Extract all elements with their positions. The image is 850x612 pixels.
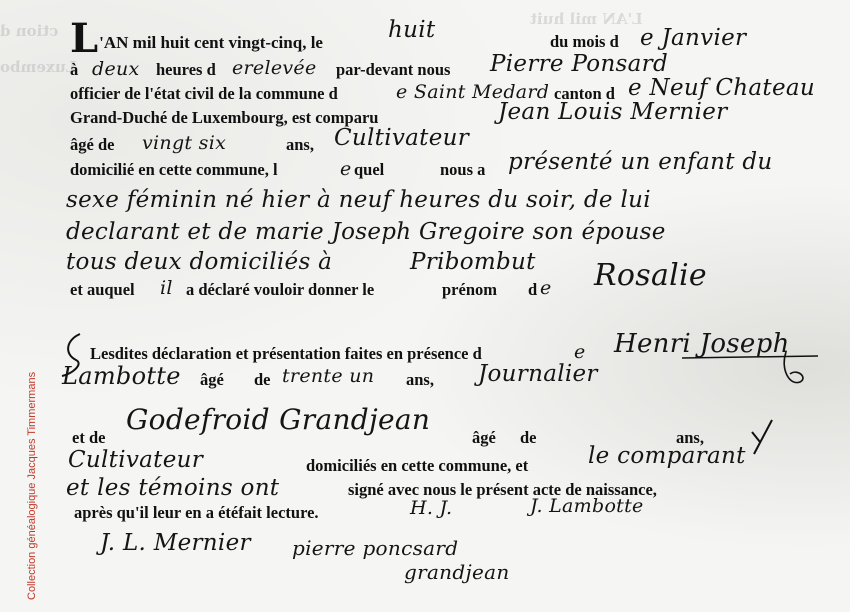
printed-text: de [520,428,537,448]
handwritten-place: Pribombut [410,252,536,272]
handwritten-witness2-name: Godefroid Grandjean [126,410,430,430]
handwritten-text: présenté un enfant du [508,152,773,172]
act-line-1: L'AN mil huit cent vingt-cinq, le [70,22,323,56]
printed-text: ans, [286,135,314,155]
printed-text: Lesdites déclaration et présentation fai… [90,344,482,364]
handwritten-declarant-name: Jean Louis Mernier [498,102,727,122]
printed-text: du mois d [550,32,619,52]
bleed-through-text: ction d [0,22,58,40]
handwritten-witness1-age: trente un [282,366,374,386]
flourish-icon [58,330,98,380]
handwritten-text: tous deux domiciliés à [66,252,332,272]
printed-text: de [254,370,271,390]
handwritten-age: vingt six [142,133,226,153]
bleed-through-text: L'AN mil huit [530,10,643,28]
printed-text: officier de l'état civil de la commune d [70,84,338,104]
printed-text: d [528,280,537,300]
drop-cap: L [70,15,98,62]
handwritten-text: sexe féminin né hier à neuf heures du so… [66,190,651,210]
handwritten-child-name: Rosalie [594,266,707,286]
printed-text: heures d [156,60,216,80]
printed-text: prénom [442,280,497,300]
printed-text: nous a [440,160,485,180]
signature-witness2: grandjean [404,560,510,584]
handwritten-canton: e Neuf Chateau [628,78,815,98]
handwritten-month: e Janvier [640,28,746,48]
handwritten-day: huit [388,20,435,40]
printed-text: âgé de [70,135,114,155]
printed-text: après qu'il leur en a étéfait lecture. [74,503,319,523]
printed-text: 'AN [99,33,128,52]
handwritten-profession: Cultivateur [334,128,469,148]
handwritten-witness1-name: Henri Joseph [614,334,790,354]
printed-text: mil huit cent vingt-cinq, le [128,33,323,52]
printed-text: et de [72,428,105,448]
handwritten-text: e [574,342,586,362]
signature-officer: pierre poncsard [292,536,458,560]
printed-text: domiciliés en cette commune, et [306,456,528,476]
signature-witness1-initials: H. J. [410,498,452,518]
printed-text: a déclaré vouloir donner le [186,280,374,300]
collection-watermark: Collection généalogique Jacques Timmerma… [26,372,38,600]
printed-text: à [70,60,78,80]
printed-text: âgé [200,370,224,390]
printed-text: et auquel [70,280,135,300]
printed-text: âgé [472,428,496,448]
underline-stroke-icon [680,352,820,362]
handwritten-text: e [540,278,552,298]
signature-witness1: J. Lambotte [530,496,644,516]
document-page: L'AN mil huit ction d Luxembo L'AN mil h… [0,0,850,612]
flourish-icon [748,418,778,458]
handwritten-text: le comparant [588,446,746,466]
printed-text: Grand-Duché de Luxembourg, est comparu [70,108,378,128]
handwritten-text: il [160,278,173,298]
handwritten-hour: deux [92,59,140,79]
printed-text: quel [354,160,384,180]
printed-text: par-devant nous [336,60,450,80]
signature-declarant: J. L. Mernier [100,530,251,556]
handwritten-witness2-profession: Cultivateur [68,450,203,470]
printed-text: domicilié en cette commune, l [70,160,278,180]
handwritten-witness1-profession: Journalier [478,364,598,384]
handwritten-text: et les témoins ont [66,478,279,498]
handwritten-text: e [340,159,352,179]
handwritten-text: declarant et de marie Joseph Gregoire so… [66,222,666,242]
handwritten-officer-name: Pierre Ponsard [490,54,668,74]
bleed-through-text: Luxembo [0,58,76,76]
handwritten-time-of-day: erelevée [232,58,317,78]
printed-text: ans, [406,370,434,390]
